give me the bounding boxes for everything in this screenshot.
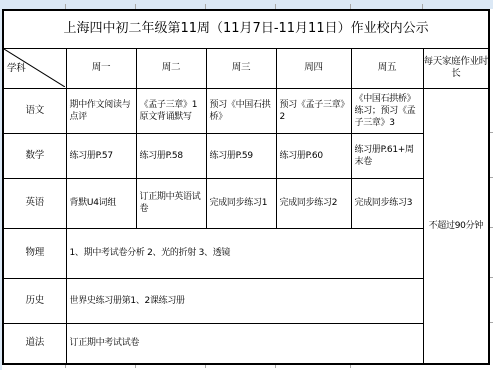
header-wednesday: 周三 <box>206 48 276 88</box>
row-ethics-law: 道法 订正期中考试试卷 <box>3 323 489 364</box>
row-physics: 物理 1、期中考试卷分析 2、光的折射 3、透镜 <box>3 228 489 278</box>
cell-history-week: 世界史练习册第1、2课练习册 <box>66 278 423 323</box>
subject-english: 英语 <box>3 178 66 228</box>
cell-chinese-thu: 预习《孟子三章》2 <box>276 88 351 133</box>
cell-english-fri: 完成同步练习3 <box>351 178 423 228</box>
cell-english-mon: 背默U4词组 <box>66 178 136 228</box>
cell-chinese-mon: 期中作文阅读与点评 <box>66 88 136 133</box>
subject-ethics-law: 道法 <box>3 323 66 364</box>
header-tuesday: 周二 <box>136 48 206 88</box>
subject-physics: 物理 <box>3 228 66 278</box>
cell-english-thu: 完成同步练习2 <box>276 178 351 228</box>
row-math: 数学 练习册P.57 练习册P.58 练习册P.59 练习册P.60 练习册P.… <box>3 133 489 178</box>
header-thursday: 周四 <box>276 48 351 88</box>
header-duration: 每天家庭作业时长 <box>423 48 489 88</box>
cell-math-wed: 练习册P.59 <box>206 133 276 178</box>
cell-english-tue: 订正期中英语试卷 <box>136 178 206 228</box>
duration-value: 不超过90分钟 <box>423 88 489 364</box>
title-row: 上海四中初二年级第11周（11月7日-11月11日）作业校内公示 <box>3 10 489 48</box>
subject-math: 数学 <box>3 133 66 178</box>
header-friday: 周五 <box>351 48 423 88</box>
cell-chinese-fri: 《中国石拱桥》练习；预习《孟子三章》3 <box>351 88 423 133</box>
corner-label: 学科 <box>7 63 25 75</box>
page-margin-top <box>0 0 493 9</box>
cell-english-wed: 完成同步练习1 <box>206 178 276 228</box>
cell-physics-week: 1、期中考试卷分析 2、光的折射 3、透镜 <box>66 228 423 278</box>
row-chinese: 语文 期中作文阅读与点评 《孟子三章》1 原文背诵默写 预习《中国石拱桥》 预习… <box>3 88 489 133</box>
corner-cell-subject: 学科 <box>3 48 66 88</box>
header-monday: 周一 <box>66 48 136 88</box>
row-history: 历史 世界史练习册第1、2课练习册 <box>3 278 489 323</box>
cell-ethics-law-week: 订正期中考试试卷 <box>66 323 423 364</box>
cell-math-fri: 练习册P.61+周末卷 <box>351 133 423 178</box>
cell-math-mon: 练习册P.57 <box>66 133 136 178</box>
cell-math-tue: 练习册P.58 <box>136 133 206 178</box>
page-title: 上海四中初二年级第11周（11月7日-11月11日）作业校内公示 <box>3 10 489 48</box>
cell-chinese-tue: 《孟子三章》1 原文背诵默写 <box>136 88 206 133</box>
cell-chinese-wed: 预习《中国石拱桥》 <box>206 88 276 133</box>
cell-math-thu: 练习册P.60 <box>276 133 351 178</box>
homework-table: 上海四中初二年级第11周（11月7日-11月11日）作业校内公示 学科 周一 周… <box>2 9 490 365</box>
row-english: 英语 背默U4词组 订正期中英语试卷 完成同步练习1 完成同步练习2 完成同步练… <box>3 178 489 228</box>
subject-chinese: 语文 <box>3 88 66 133</box>
subject-history: 历史 <box>3 278 66 323</box>
header-row: 学科 周一 周二 周三 周四 周五 每天家庭作业时长 <box>3 48 489 88</box>
homework-notice-page: 上海四中初二年级第11周（11月7日-11月11日）作业校内公示 学科 周一 周… <box>0 0 493 370</box>
